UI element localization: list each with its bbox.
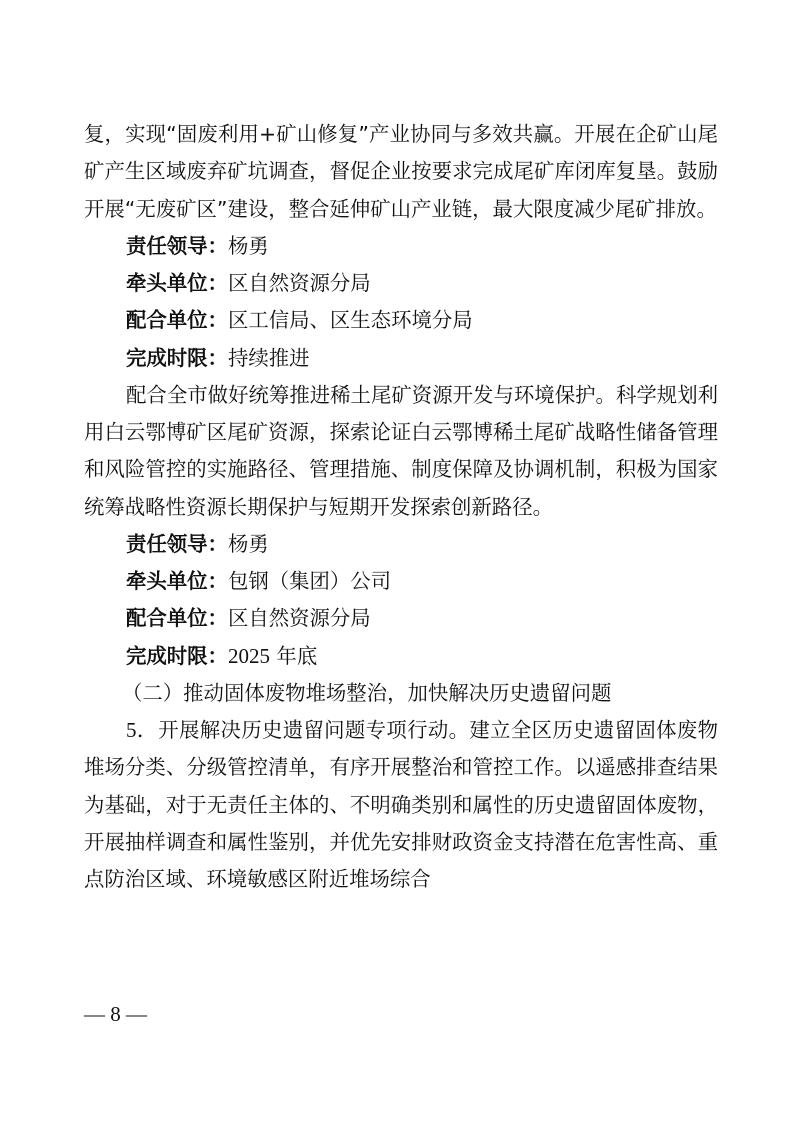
field-label: 责任领导：	[126, 234, 228, 258]
field-lead-unit: 牵头单位：区自然资源分局	[84, 265, 718, 302]
body-paragraph-rare-earth: 配合全市做好统筹推进稀土尾矿资源开发与环境保护。科学规划利用白云鄂博矿区尾矿资源…	[84, 377, 718, 526]
item-number: 5．	[126, 718, 158, 742]
field-lead-unit: 牵头单位：包钢（集团）公司	[84, 563, 718, 600]
field-responsible-leader: 责任领导：杨勇	[84, 228, 718, 265]
field-label: 牵头单位：	[126, 271, 228, 295]
field-label: 完成时限：	[126, 644, 228, 668]
item-text: 开展解决历史遗留问题专项行动。建立全区历史遗留固体废物堆场分类、分级管控清单，有…	[84, 718, 718, 891]
field-label: 配合单位：	[126, 606, 228, 630]
field-value: 杨勇	[228, 532, 269, 556]
responsibility-fields-2: 责任领导：杨勇 牵头单位：包钢（集团）公司 配合单位：区自然资源分局 完成时限：…	[84, 526, 718, 675]
field-value: 持续推进	[228, 346, 310, 370]
field-deadline: 完成时限：2025 年底	[84, 638, 718, 675]
field-label: 责任领导：	[126, 532, 228, 556]
body-paragraph-continuation: 复，实现“固废利用+矿山修复”产业协同与多效共赢。开展在企矿山尾矿产生区域废弃矿…	[84, 116, 718, 228]
field-value: 区自然资源分局	[228, 271, 371, 295]
section-heading: （二）推动固体废物堆场整治，加快解决历史遗留问题	[84, 675, 718, 712]
field-value: 杨勇	[228, 234, 269, 258]
field-label: 牵头单位：	[126, 569, 228, 593]
field-cooperating-unit: 配合单位：区自然资源分局	[84, 600, 718, 637]
field-value: 区自然资源分局	[228, 606, 371, 630]
page-number: — 8 —	[84, 1000, 147, 1028]
field-value-year: 2025	[228, 644, 270, 668]
field-label: 配合单位：	[126, 308, 228, 332]
document-page: 复，实现“固废利用+矿山修复”产业协同与多效共赢。开展在企矿山尾矿产生区域废弃矿…	[84, 116, 718, 898]
field-cooperating-unit: 配合单位：区工信局、区生态环境分局	[84, 302, 718, 339]
field-value: 区工信局、区生态环境分局	[228, 308, 473, 332]
field-value-suffix: 年底	[270, 644, 317, 668]
field-responsible-leader: 责任领导：杨勇	[84, 526, 718, 563]
field-value: 包钢（集团）公司	[228, 569, 391, 593]
field-deadline: 完成时限：持续推进	[84, 340, 718, 377]
body-paragraph-item-5: 5．开展解决历史遗留问题专项行动。建立全区历史遗留固体废物堆场分类、分级管控清单…	[84, 712, 718, 898]
responsibility-fields-1: 责任领导：杨勇 牵头单位：区自然资源分局 配合单位：区工信局、区生态环境分局 完…	[84, 228, 718, 377]
field-label: 完成时限：	[126, 346, 228, 370]
